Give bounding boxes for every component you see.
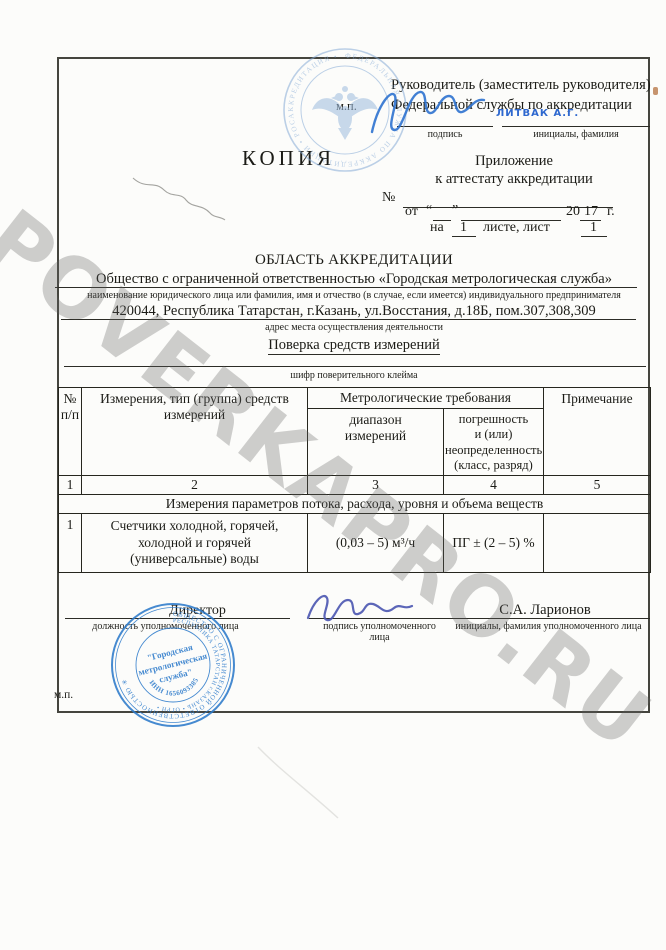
activity-title-wrap: Поверка средств измерений [58, 337, 650, 353]
cipher-blank-line [64, 366, 646, 367]
cipher-caption: шифр поверительного клейма [58, 370, 650, 381]
scan-crease [250, 740, 350, 825]
annex-line2: к аттестату аккредитации [404, 170, 624, 188]
table-row: 1 Счетчики холодной, горячей, холодной и… [59, 514, 651, 573]
col-header-npp: № п/п [59, 388, 82, 476]
scanned-document: POVERKAPRO.RU ФЕДЕРАЛЬНАЯ СЛУЖБА ПО АККР… [0, 0, 666, 950]
seal-place-bottom: м.п. [54, 689, 73, 701]
annex-line1: Приложение [404, 152, 624, 170]
date-quote-close: ” [452, 203, 458, 219]
address-caption: адрес места осуществления деятельности [58, 322, 650, 333]
footer-name-line [447, 618, 650, 619]
sheets-count-line [452, 236, 476, 237]
col-header-instruments: Измерения, тип (группа) средств измерени… [82, 388, 308, 476]
index-cell: 5 [544, 476, 651, 495]
footer-name: С.А. Ларионов [440, 602, 650, 619]
sheets-count: 1 [460, 220, 467, 236]
organization-address: 420044, Республика Татарстан, г.Казань, … [58, 303, 650, 319]
accreditation-scope-table: № п/п Измерения, тип (группа) средств из… [58, 387, 651, 573]
sheet-number: 1 [590, 220, 597, 236]
date-from-label: от [405, 204, 418, 220]
organization-name: Общество с ограниченной ответственностью… [58, 271, 650, 287]
head-signature [362, 82, 492, 140]
sheets-on-label: на [430, 220, 444, 236]
index-cell: 4 [444, 476, 544, 495]
row-error-cell: ПГ ± (2 – 5) % [444, 514, 544, 573]
section-title-row: Измерения параметров потока, расхода, ур… [59, 495, 651, 514]
pen-squiggle-mark [128, 168, 228, 223]
date-year-prefix: 20 [566, 204, 580, 220]
number-sign: № [382, 190, 395, 206]
column-index-row: 1 2 3 4 5 [59, 476, 651, 495]
litvak-name-stamp: ЛИТВАК А.Г. [496, 108, 579, 119]
date-year-suffix: г. [607, 204, 615, 220]
date-year-value: 17 [584, 204, 598, 220]
row-range-cell: (0,03 – 5) м³/ч [308, 514, 444, 573]
index-cell: 2 [82, 476, 308, 495]
activity-title: Поверка средств измерений [268, 337, 439, 355]
footer-name-caption: инициалы, фамилия уполномоченного лица [447, 621, 650, 632]
row-instrument-cell: Счетчики холодной, горячей, холодной и г… [82, 514, 308, 573]
row-note-cell [544, 514, 651, 573]
scope-title: ОБЛАСТЬ АККРЕДИТАЦИИ [58, 252, 650, 269]
index-cell: 3 [308, 476, 444, 495]
date-quote-open: “ [426, 203, 432, 219]
name-caption-head: инициалы, фамилия [502, 129, 650, 140]
col-header-note: Примечание [544, 388, 651, 476]
name-line-head [502, 126, 650, 127]
sheet-number-line [581, 236, 607, 237]
annex-heading: Приложение к аттестату аккредитации [404, 152, 624, 188]
organization-caption: наименование юридического лица или фамил… [58, 290, 650, 301]
col-header-metrology: Метрологические требования [308, 388, 544, 409]
number-blank-line [403, 207, 613, 208]
organization-underline [55, 287, 637, 288]
organization-stamp-icon: ОБЩЕСТВО С ОГРАНИЧЕННОЙ ОТВЕТСТВЕННОСТЬЮ… [108, 600, 238, 730]
index-cell: 1 [59, 476, 82, 495]
row-num-cell: 1 [59, 514, 82, 573]
col-header-error: погрешность и (или) неопределенность (кл… [444, 409, 544, 476]
sheets-label: листе, лист [483, 220, 550, 236]
footer-signature [300, 590, 420, 626]
col-header-range: диапазон измерений [308, 409, 444, 476]
address-underline [61, 319, 636, 320]
